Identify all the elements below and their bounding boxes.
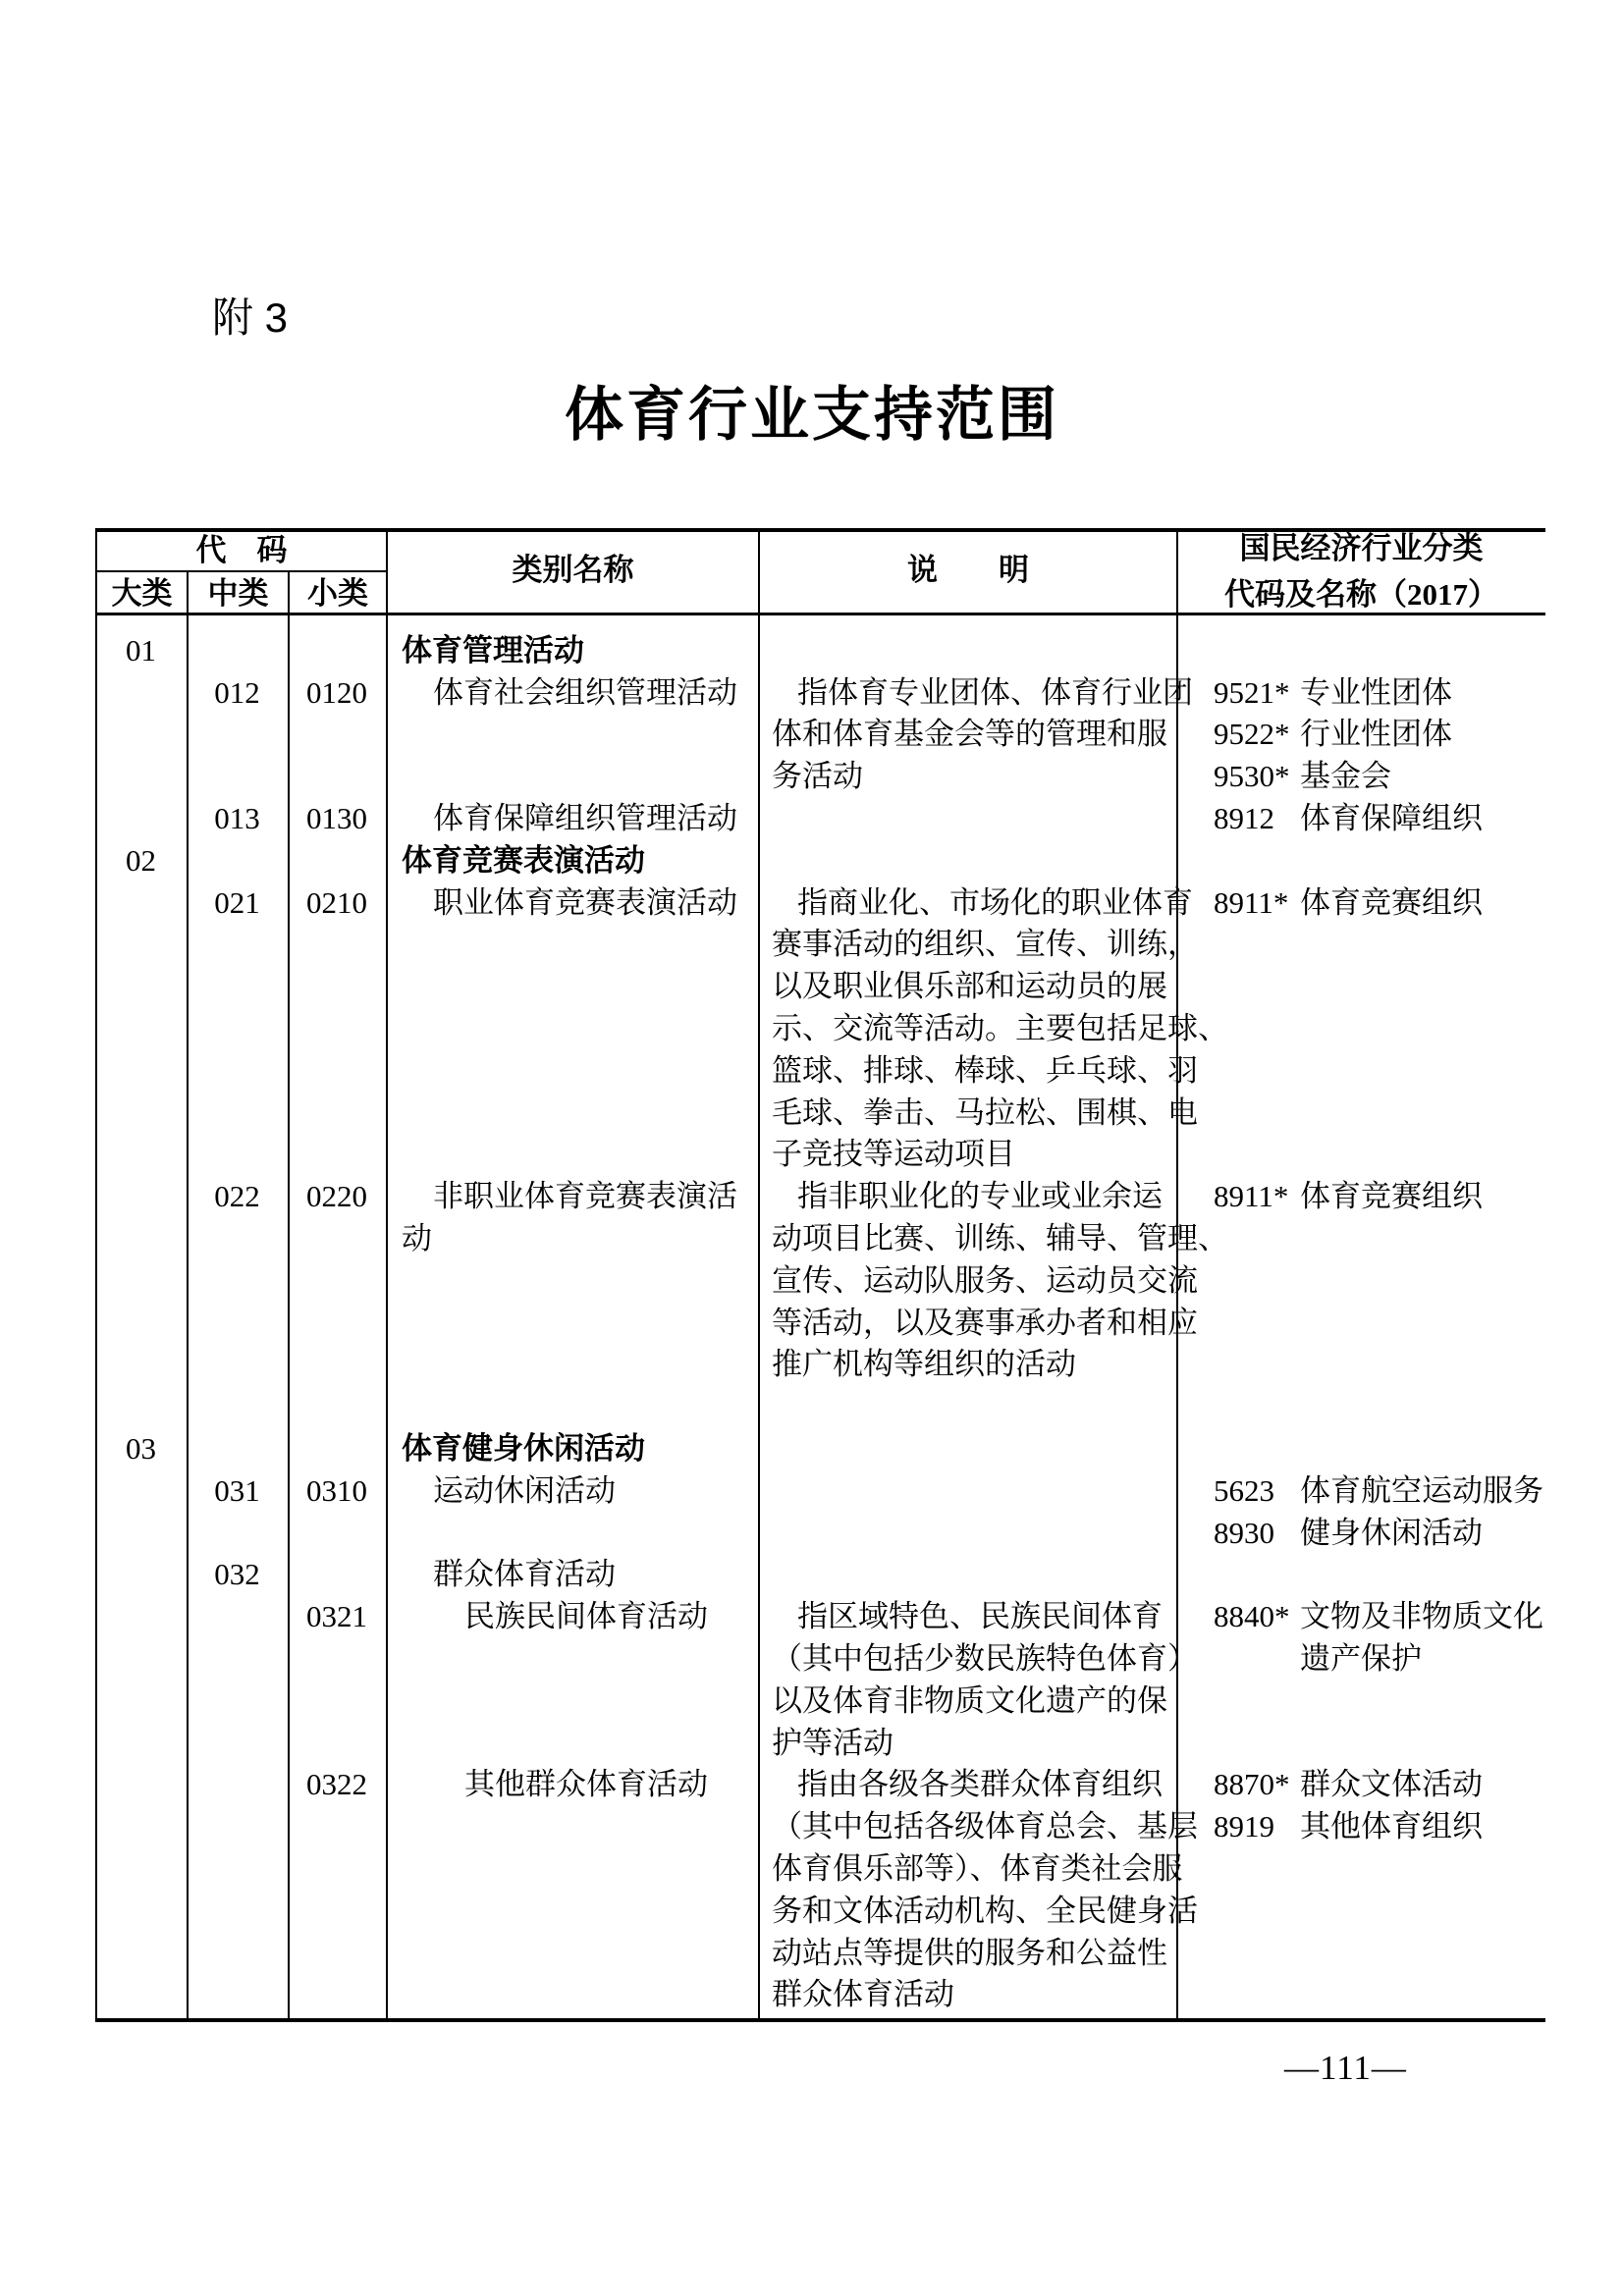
header-middle-class: 中类 (189, 571, 288, 613)
industry-name: 文物及非物质文化 (1300, 1596, 1543, 1637)
column-divider-major-middle (187, 572, 189, 2018)
industry-code: 9522* (1214, 714, 1290, 755)
minor-code: 0120 (288, 672, 386, 714)
industry-code: 9521* (1214, 672, 1290, 714)
description-text: 赛事活动的组织、宣传、训练， (772, 924, 1198, 965)
category-text: 体育竞赛表演活动 (402, 840, 645, 881)
description-text: （其中包括各级体育总会、基层 (772, 1806, 1198, 1847)
minor-code: 0220 (288, 1176, 386, 1217)
middle-code: 022 (187, 1176, 288, 1217)
description-text: 体和体育基金会等的管理和服 (772, 714, 1167, 755)
industry-name: 行业性团体 (1300, 714, 1452, 755)
industry-name: 其他体育组织 (1300, 1806, 1483, 1847)
industry-name: 体育航空运动服务 (1300, 1470, 1543, 1512)
industry-code: 8911* (1214, 1176, 1288, 1217)
category-text: 体育管理活动 (402, 630, 584, 671)
category-text: 体育保障组织管理活动 (433, 798, 737, 839)
header-description: 说 明 (760, 528, 1176, 613)
industry-name: 健身休闲活动 (1300, 1513, 1483, 1554)
minor-code: 0210 (288, 882, 386, 924)
description-text: 子竞技等运动项目 (772, 1134, 1015, 1175)
description-text: 毛球、拳击、马拉松、围棋、电 (772, 1093, 1198, 1134)
category-text: 群众体育活动 (433, 1554, 616, 1595)
description-text: 务和文体活动机构、全民健身活 (772, 1891, 1198, 1932)
industry-code: 8912 (1214, 798, 1274, 839)
header-category: 类别名称 (388, 528, 758, 613)
minor-code: 0310 (288, 1470, 386, 1512)
description-text: 护等活动 (772, 1723, 893, 1764)
column-divider-category-description (758, 528, 760, 2018)
middle-code: 012 (187, 672, 288, 714)
industry-code: 8930 (1214, 1513, 1274, 1554)
description-text: 以及体育非物质文化遗产的保 (772, 1681, 1167, 1722)
major-code: 02 (95, 840, 187, 881)
major-code: 03 (95, 1428, 187, 1469)
description-text: 以及职业俱乐部和运动员的展 (772, 966, 1167, 1007)
major-code: 01 (95, 630, 187, 671)
middle-code: 013 (187, 798, 288, 839)
industry-name: 群众文体活动 (1300, 1764, 1483, 1805)
minor-code: 0322 (288, 1764, 386, 1805)
header-industry-classification: 国民经济行业分类 代码及名称（2017） (1178, 530, 1544, 613)
description-text: 指体育专业团体、体育行业团 (797, 672, 1193, 714)
category-text: 运动休闲活动 (433, 1470, 616, 1512)
minor-code: 0321 (288, 1596, 386, 1637)
industry-name: 体育保障组织 (1300, 798, 1483, 839)
header-major-class: 大类 (97, 571, 187, 613)
page-number: —111— (1284, 2048, 1407, 2089)
middle-code: 032 (187, 1554, 288, 1595)
header-industry-line1: 国民经济行业分类 (1178, 525, 1544, 571)
page-title: 体育行业支持范围 (0, 379, 1624, 452)
category-text: 体育健身休闲活动 (402, 1428, 645, 1469)
industry-code: 9530* (1214, 756, 1290, 797)
industry-name: 体育竞赛组织 (1300, 882, 1483, 924)
column-divider-minor-category (386, 528, 388, 2018)
category-text: 民族民间体育活动 (464, 1596, 708, 1637)
description-text: 指由各级各类群众体育组织 (797, 1764, 1163, 1805)
description-text: 示、交流等活动。主要包括足球、 (772, 1008, 1228, 1049)
header-industry-line2: 代码及名称（2017） (1178, 571, 1544, 617)
category-text: 动 (402, 1218, 432, 1259)
description-text: 等活动，以及赛事承办者和相应 (772, 1303, 1198, 1344)
industry-code: 8870* (1214, 1764, 1290, 1805)
description-text: 推广机构等组织的活动 (772, 1344, 1076, 1385)
description-text: 务活动 (772, 756, 863, 797)
industry-code: 8911* (1214, 882, 1288, 924)
category-text: 其他群众体育活动 (464, 1764, 708, 1805)
header-code-group: 代 码 (97, 530, 386, 570)
description-text: 指区域特色、民族民间体育 (797, 1596, 1163, 1637)
industry-code: 8919 (1214, 1806, 1274, 1847)
attachment-label: 附 3 (212, 294, 288, 342)
industry-code: 5623 (1214, 1470, 1274, 1512)
table-left-border (95, 528, 97, 2022)
industry-name: 遗产保护 (1300, 1638, 1422, 1680)
description-text: 指非职业化的专业或业余运 (797, 1176, 1163, 1217)
description-text: 群众体育活动 (772, 1974, 954, 2015)
description-text: 动站点等提供的服务和公益性 (772, 1933, 1167, 1974)
minor-code: 0130 (288, 798, 386, 839)
description-text: 体育俱乐部等）、体育类社会服 (772, 1848, 1183, 1890)
header-minor-class: 小类 (290, 571, 386, 613)
category-text: 非职业体育竞赛表演活 (433, 1176, 737, 1217)
document-page: 附 3 体育行业支持范围 代 码 大类 中类 小类 类别名称 说 明 国民经济行… (0, 0, 1624, 2296)
industry-name: 专业性团体 (1300, 672, 1452, 714)
category-text: 体育社会组织管理活动 (433, 672, 737, 714)
industry-name: 体育竞赛组织 (1300, 1176, 1483, 1217)
middle-code: 021 (187, 882, 288, 924)
industry-code: 8840* (1214, 1596, 1290, 1637)
industry-name: 基金会 (1300, 756, 1391, 797)
middle-code: 031 (187, 1470, 288, 1512)
description-text: 动项目比赛、训练、辅导、管理、 (772, 1218, 1228, 1259)
description-text: 篮球、排球、棒球、乒乓球、羽 (772, 1050, 1198, 1092)
table-bottom-border (95, 2018, 1545, 2022)
category-text: 职业体育竞赛表演活动 (433, 882, 737, 924)
description-text: 宣传、运动队服务、运动员交流 (772, 1260, 1198, 1302)
description-text: （其中包括少数民族特色体育） (772, 1638, 1198, 1680)
description-text: 指商业化、市场化的职业体育 (797, 882, 1193, 924)
